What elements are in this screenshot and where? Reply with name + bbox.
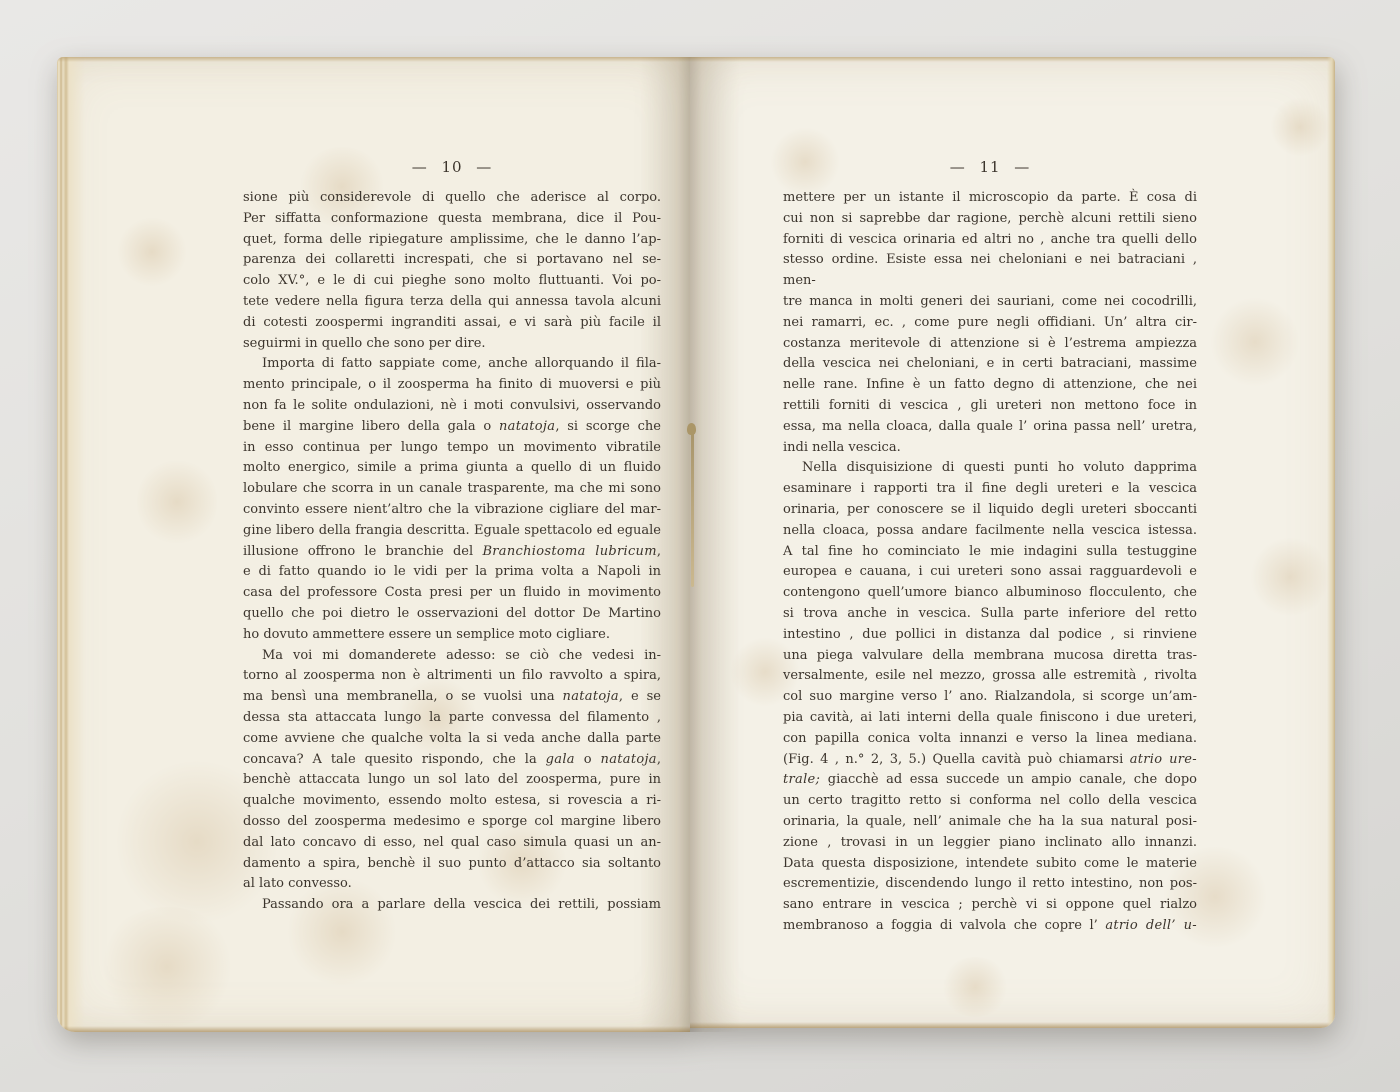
text-line: forniti di vescica orinaria ed altri no … bbox=[783, 230, 1197, 251]
text-line: mento principale, o il zoosperma ha fini… bbox=[243, 375, 661, 396]
text-line: parenza dei collaretti increspati, che s… bbox=[243, 250, 661, 271]
text-line: zione , trovasi in un leggier piano incl… bbox=[783, 833, 1197, 854]
text-line: ma bensì una membranella, o se vuolsi un… bbox=[243, 687, 661, 708]
text-line: A tal fine ho cominciato le mie indagini… bbox=[783, 542, 1197, 563]
text-line: Nella disquisizione di questi punti ho v… bbox=[783, 458, 1197, 479]
text-line: indi nella vescica. bbox=[783, 438, 1197, 459]
page-edge-stack-left bbox=[57, 57, 85, 1032]
text-line: torno al zoosperma non è altrimenti un f… bbox=[243, 666, 661, 687]
text-line: come avviene che qualche volta la si ved… bbox=[243, 729, 661, 750]
text-line: col suo margine verso l’ ano. Rialzandol… bbox=[783, 687, 1197, 708]
text-line: molto energico, simile a prima giunta a … bbox=[243, 458, 661, 479]
text-line: qualche movimento, essendo molto estesa,… bbox=[243, 791, 661, 812]
text-line: nelle rane. Infine è un fatto degno di a… bbox=[783, 375, 1197, 396]
foxing-spot bbox=[97, 907, 237, 1027]
text-lines-left: sione più considerevole di quello che ad… bbox=[243, 188, 661, 916]
text-block-left: — 10 — sione più considerevole di quello… bbox=[243, 157, 661, 916]
foxing-spot bbox=[1270, 97, 1330, 157]
text-line: escrementizie, discendendo lungo il rett… bbox=[783, 874, 1197, 895]
text-line: dessa sta attaccata lungo la parte conve… bbox=[243, 708, 661, 729]
text-line: pia cavità, ai lati interni della quale … bbox=[783, 708, 1197, 729]
text-line: cui non si saprebbe dar ragione, perchè … bbox=[783, 209, 1197, 230]
page-edge-top bbox=[57, 57, 690, 62]
text-line: orinaria, per conoscere se il liquido de… bbox=[783, 500, 1197, 521]
text-lines-right: mettere per un istante il microscopio da… bbox=[783, 188, 1197, 937]
text-line: trale; giacchè ad essa succede un ampio … bbox=[783, 770, 1197, 791]
text-line: concava? A tale quesito rispondo, che la… bbox=[243, 750, 661, 771]
text-line: damento a spira, benchè il suo punto d’a… bbox=[243, 854, 661, 875]
text-line: lobulare che scorra in un canale traspar… bbox=[243, 479, 661, 500]
foxing-spot bbox=[137, 457, 217, 547]
text-line: bene il margine libero della gala o nata… bbox=[243, 417, 661, 438]
page-edge-bottom bbox=[690, 1022, 1335, 1028]
page-number-header-left: — 10 — bbox=[243, 157, 661, 177]
text-line: membranoso a foggia di valvola che copre… bbox=[783, 916, 1197, 937]
text-line: tete vedere nella figura terza della qui… bbox=[243, 292, 661, 313]
text-line: seguirmi in quello che sono per dire. bbox=[243, 334, 661, 355]
text-line: dal lato concavo di esso, nel qual caso … bbox=[243, 833, 661, 854]
text-line: colo XV.°, e le di cui pieghe sono molto… bbox=[243, 271, 661, 292]
text-line: in esso continua per lungo tempo un movi… bbox=[243, 438, 661, 459]
text-line: mettere per un istante il microscopio da… bbox=[783, 188, 1197, 209]
text-line: Ma voi mi domanderete adesso: se ciò che… bbox=[243, 646, 661, 667]
text-line: gine libero della frangia descritta. Egu… bbox=[243, 521, 661, 542]
page-number-header-right: — 11 — bbox=[783, 157, 1197, 177]
photo-background: — 10 — sione più considerevole di quello… bbox=[0, 0, 1400, 1092]
text-block-right: — 11 — mettere per un istante il microsc… bbox=[783, 157, 1197, 937]
text-line: essa, ma nella cloaca, dalla quale l’ or… bbox=[783, 417, 1197, 438]
text-line: un certo tragitto retto si conforma nel … bbox=[783, 791, 1197, 812]
foxing-spot bbox=[117, 217, 187, 287]
open-book: — 10 — sione più considerevole di quello… bbox=[57, 57, 1335, 1032]
page-edge-deckle-right bbox=[1327, 57, 1335, 1028]
text-line: quello che poi dietro le osservazioni de… bbox=[243, 604, 661, 625]
text-line: versalmente, esile nel mezzo, grossa all… bbox=[783, 666, 1197, 687]
text-line: stesso ordine. Esiste essa nei chelonian… bbox=[783, 250, 1197, 292]
text-line: si trova anche in vescica. Sulla parte i… bbox=[783, 604, 1197, 625]
text-line: (Fig. 4 , n.° 2, 3, 5.) Quella cavità pu… bbox=[783, 750, 1197, 771]
text-line: Data questa disposizione, intendete subi… bbox=[783, 854, 1197, 875]
text-line: nella cloaca, possa andare facilmente ne… bbox=[783, 521, 1197, 542]
foxing-spot bbox=[1250, 537, 1330, 617]
text-line: costanza meritevole di attenzione si è l… bbox=[783, 334, 1197, 355]
foxing-spot bbox=[1210, 297, 1300, 387]
foxing-spot bbox=[940, 957, 1010, 1017]
binding-thread-knot bbox=[687, 423, 696, 435]
text-line: con papilla conica volta innanzi e verso… bbox=[783, 729, 1197, 750]
text-line: Passando ora a parlare della vescica dei… bbox=[243, 895, 661, 916]
text-line: europea e cauana, i cui ureteri sono ass… bbox=[783, 562, 1197, 583]
text-line: Importa di fatto sappiate come, anche al… bbox=[243, 354, 661, 375]
binding-thread bbox=[691, 429, 694, 587]
text-line: esaminare i rapporti tra il fine degli u… bbox=[783, 479, 1197, 500]
text-line: non fa le solite ondulazioni, nè i moti … bbox=[243, 396, 661, 417]
text-line: al lato convesso. bbox=[243, 874, 661, 895]
text-line: e di fatto quando io le vidi per la prim… bbox=[243, 562, 661, 583]
text-line: sione più considerevole di quello che ad… bbox=[243, 188, 661, 209]
text-line: illusione offrono le branchie del Branch… bbox=[243, 542, 661, 563]
text-line: casa del professore Costa presi per un f… bbox=[243, 583, 661, 604]
text-line: rettili forniti di vescica , gli ureteri… bbox=[783, 396, 1197, 417]
text-line: di cotesti zoospermi ingranditi assai, e… bbox=[243, 313, 661, 334]
text-line: sano entrare in vescica ; perchè vi si o… bbox=[783, 895, 1197, 916]
text-line: Per siffatta conformazione questa membra… bbox=[243, 209, 661, 230]
text-line: contengono quell’umore bianco albuminoso… bbox=[783, 583, 1197, 604]
text-line: dosso del zoosperma medesimo e sporge co… bbox=[243, 812, 661, 833]
text-line: benchè attaccata lungo un sol lato del z… bbox=[243, 770, 661, 791]
text-line: una piega valvulare della membrana mucos… bbox=[783, 646, 1197, 667]
text-line: ho dovuto ammettere essere un semplice m… bbox=[243, 625, 661, 646]
text-line: intestino , due pollici in distanza dal … bbox=[783, 625, 1197, 646]
text-line: tre manca in molti generi dei sauriani, … bbox=[783, 292, 1197, 313]
text-line: convinto essere nient’altro che la vibra… bbox=[243, 500, 661, 521]
text-line: della vescica nei cheloniani, e in certi… bbox=[783, 354, 1197, 375]
text-line: quet, forma delle ripiegature amplissime… bbox=[243, 230, 661, 251]
page-edge-top bbox=[690, 57, 1335, 62]
text-line: orinaria, la quale, nell’ animale che ha… bbox=[783, 812, 1197, 833]
text-line: nei ramarri, ec. , come pure negli offid… bbox=[783, 313, 1197, 334]
page-edge-bottom bbox=[57, 1026, 690, 1032]
